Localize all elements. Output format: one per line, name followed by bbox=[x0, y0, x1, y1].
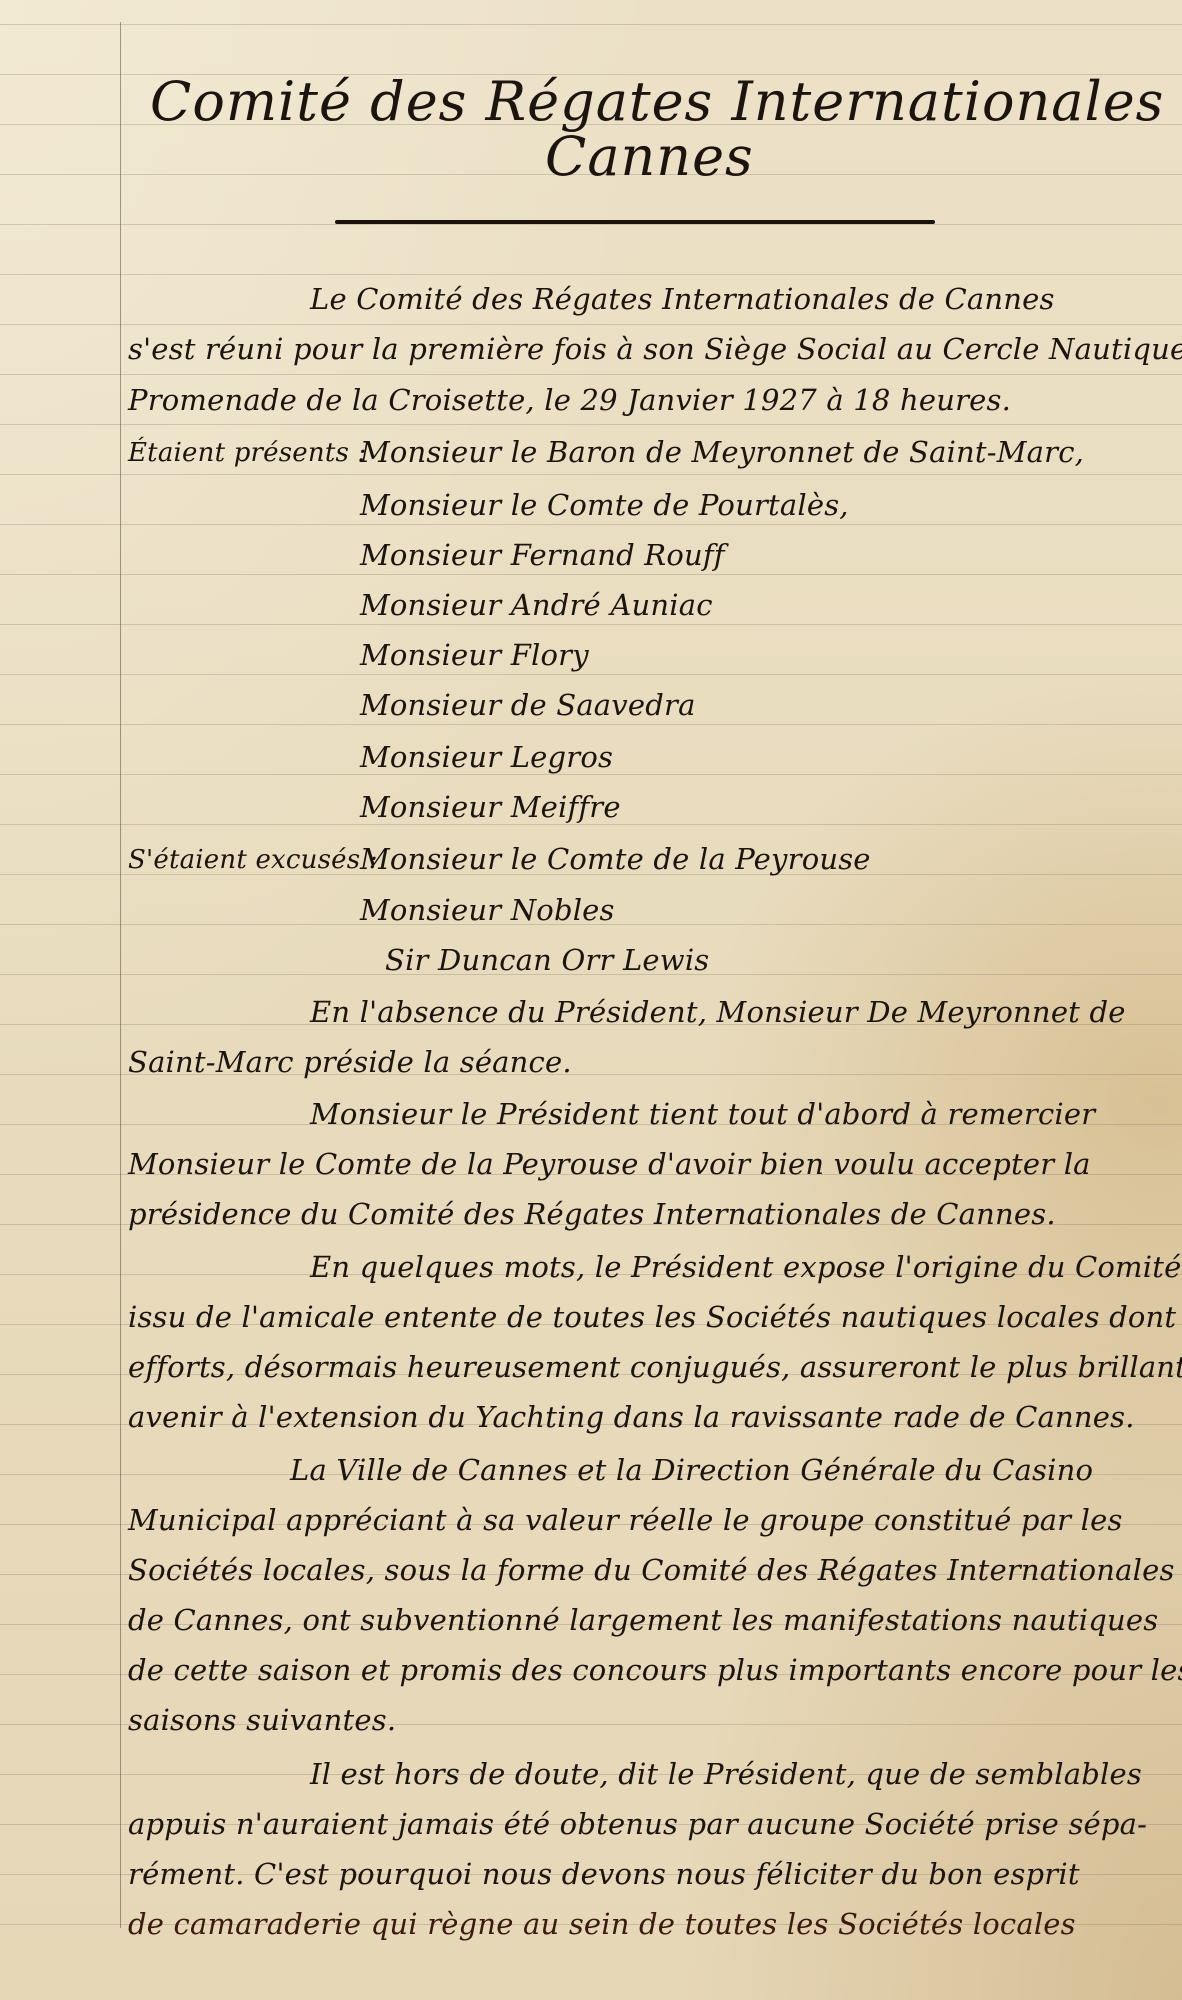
paragraph-line: Monsieur le Comte de la Peyrouse d'avoir… bbox=[128, 1147, 1091, 1181]
paragraph-line: présidence du Comité des Régates Interna… bbox=[128, 1197, 1056, 1231]
paragraph-line: de cette saison et promis des concours p… bbox=[128, 1653, 1182, 1687]
intro-line: Le Comité des Régates Internationales de… bbox=[310, 282, 1055, 316]
intro-line: Promenade de la Croisette, le 29 Janvier… bbox=[128, 383, 1011, 417]
present-label: Étaient présents : bbox=[128, 438, 366, 468]
intro-line: s'est réuni pour la première fois à son … bbox=[128, 332, 1182, 366]
paragraph-line: de camaraderie qui règne au sein de tout… bbox=[128, 1907, 1076, 1941]
paragraph-line: issu de l'amicale entente de toutes les … bbox=[128, 1300, 1182, 1334]
excused-member: Sir Duncan Orr Lewis bbox=[385, 943, 709, 977]
excused-member: Monsieur le Comte de la Peyrouse bbox=[360, 842, 871, 876]
manuscript-page: Comité des Régates Internationales de Ca… bbox=[0, 0, 1182, 2000]
margin-line bbox=[120, 22, 121, 1928]
paragraph-line: avenir à l'extension du Yachting dans la… bbox=[128, 1400, 1135, 1434]
paragraph-line: Municipal appréciant à sa valeur réelle … bbox=[128, 1503, 1123, 1537]
paragraph-line: Monsieur le Président tient tout d'abord… bbox=[310, 1097, 1095, 1131]
attendee: Monsieur le Baron de Meyronnet de Saint-… bbox=[360, 435, 1084, 469]
paragraph-line: efforts, désormais heureusement conjugué… bbox=[128, 1350, 1182, 1384]
attendee: Monsieur Flory bbox=[360, 638, 589, 672]
attendee: Monsieur Fernand Rouff bbox=[360, 538, 725, 572]
page-title-line-2: Cannes bbox=[545, 125, 754, 188]
paragraph-line: de Cannes, ont subventionné largement le… bbox=[128, 1603, 1158, 1637]
paragraph-line: saisons suivantes. bbox=[128, 1703, 396, 1737]
excused-member: Monsieur Nobles bbox=[360, 893, 615, 927]
page-title: Comité des Régates Internationales de bbox=[150, 70, 1182, 133]
paragraph-line: rément. C'est pourquoi nous devons nous … bbox=[128, 1857, 1080, 1891]
paragraph-line: En l'absence du Président, Monsieur De M… bbox=[310, 995, 1126, 1029]
title-underline bbox=[335, 220, 935, 224]
attendee: Monsieur Meiffre bbox=[360, 790, 621, 824]
paragraph-line: Sociétés locales, sous la forme du Comit… bbox=[128, 1553, 1175, 1587]
paragraph-line: appuis n'auraient jamais été obtenus par… bbox=[128, 1807, 1147, 1841]
attendee: Monsieur Legros bbox=[360, 740, 613, 774]
attendee: Monsieur le Comte de Pourtalès, bbox=[360, 488, 849, 522]
excused-label: S'étaient excusés : bbox=[128, 845, 378, 875]
attendee: Monsieur André Auniac bbox=[360, 588, 713, 622]
paragraph-line: Saint-Marc préside la séance. bbox=[128, 1045, 572, 1079]
paragraph-line: Il est hors de doute, dit le Président, … bbox=[310, 1757, 1142, 1791]
attendee: Monsieur de Saavedra bbox=[360, 688, 696, 722]
paragraph-line: En quelques mots, le Président expose l'… bbox=[310, 1250, 1181, 1284]
paragraph-line: La Ville de Cannes et la Direction Génér… bbox=[290, 1453, 1093, 1487]
